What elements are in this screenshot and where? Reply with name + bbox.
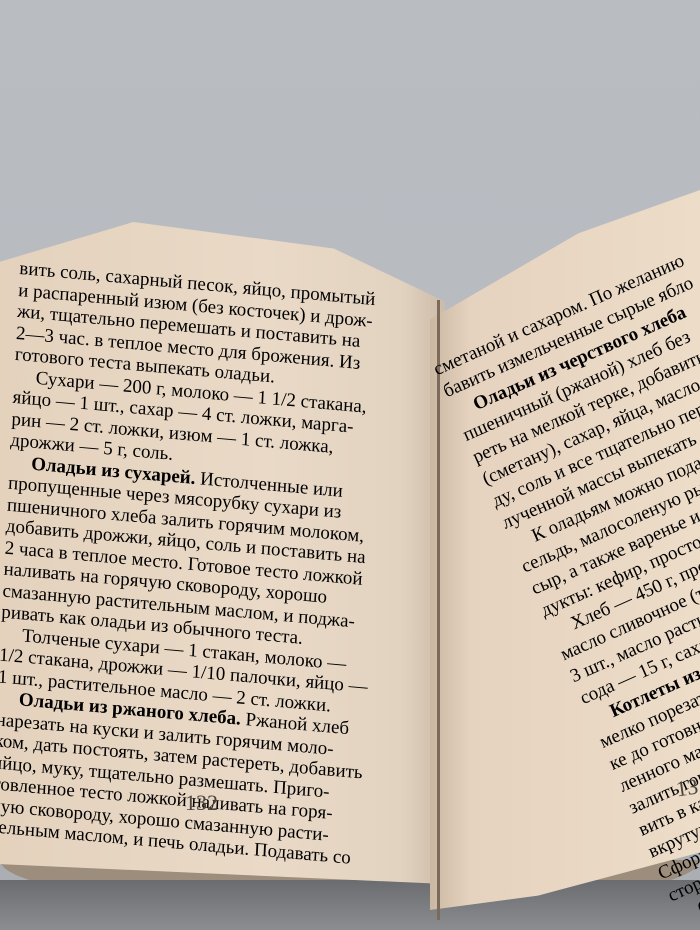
left-page-text: вить соль, сахарный песок, яйцо, промыты… — [0, 258, 459, 876]
page-number-right: 13 — [674, 774, 699, 803]
table-surface — [0, 880, 700, 930]
page-number-left: 132 — [185, 790, 218, 816]
